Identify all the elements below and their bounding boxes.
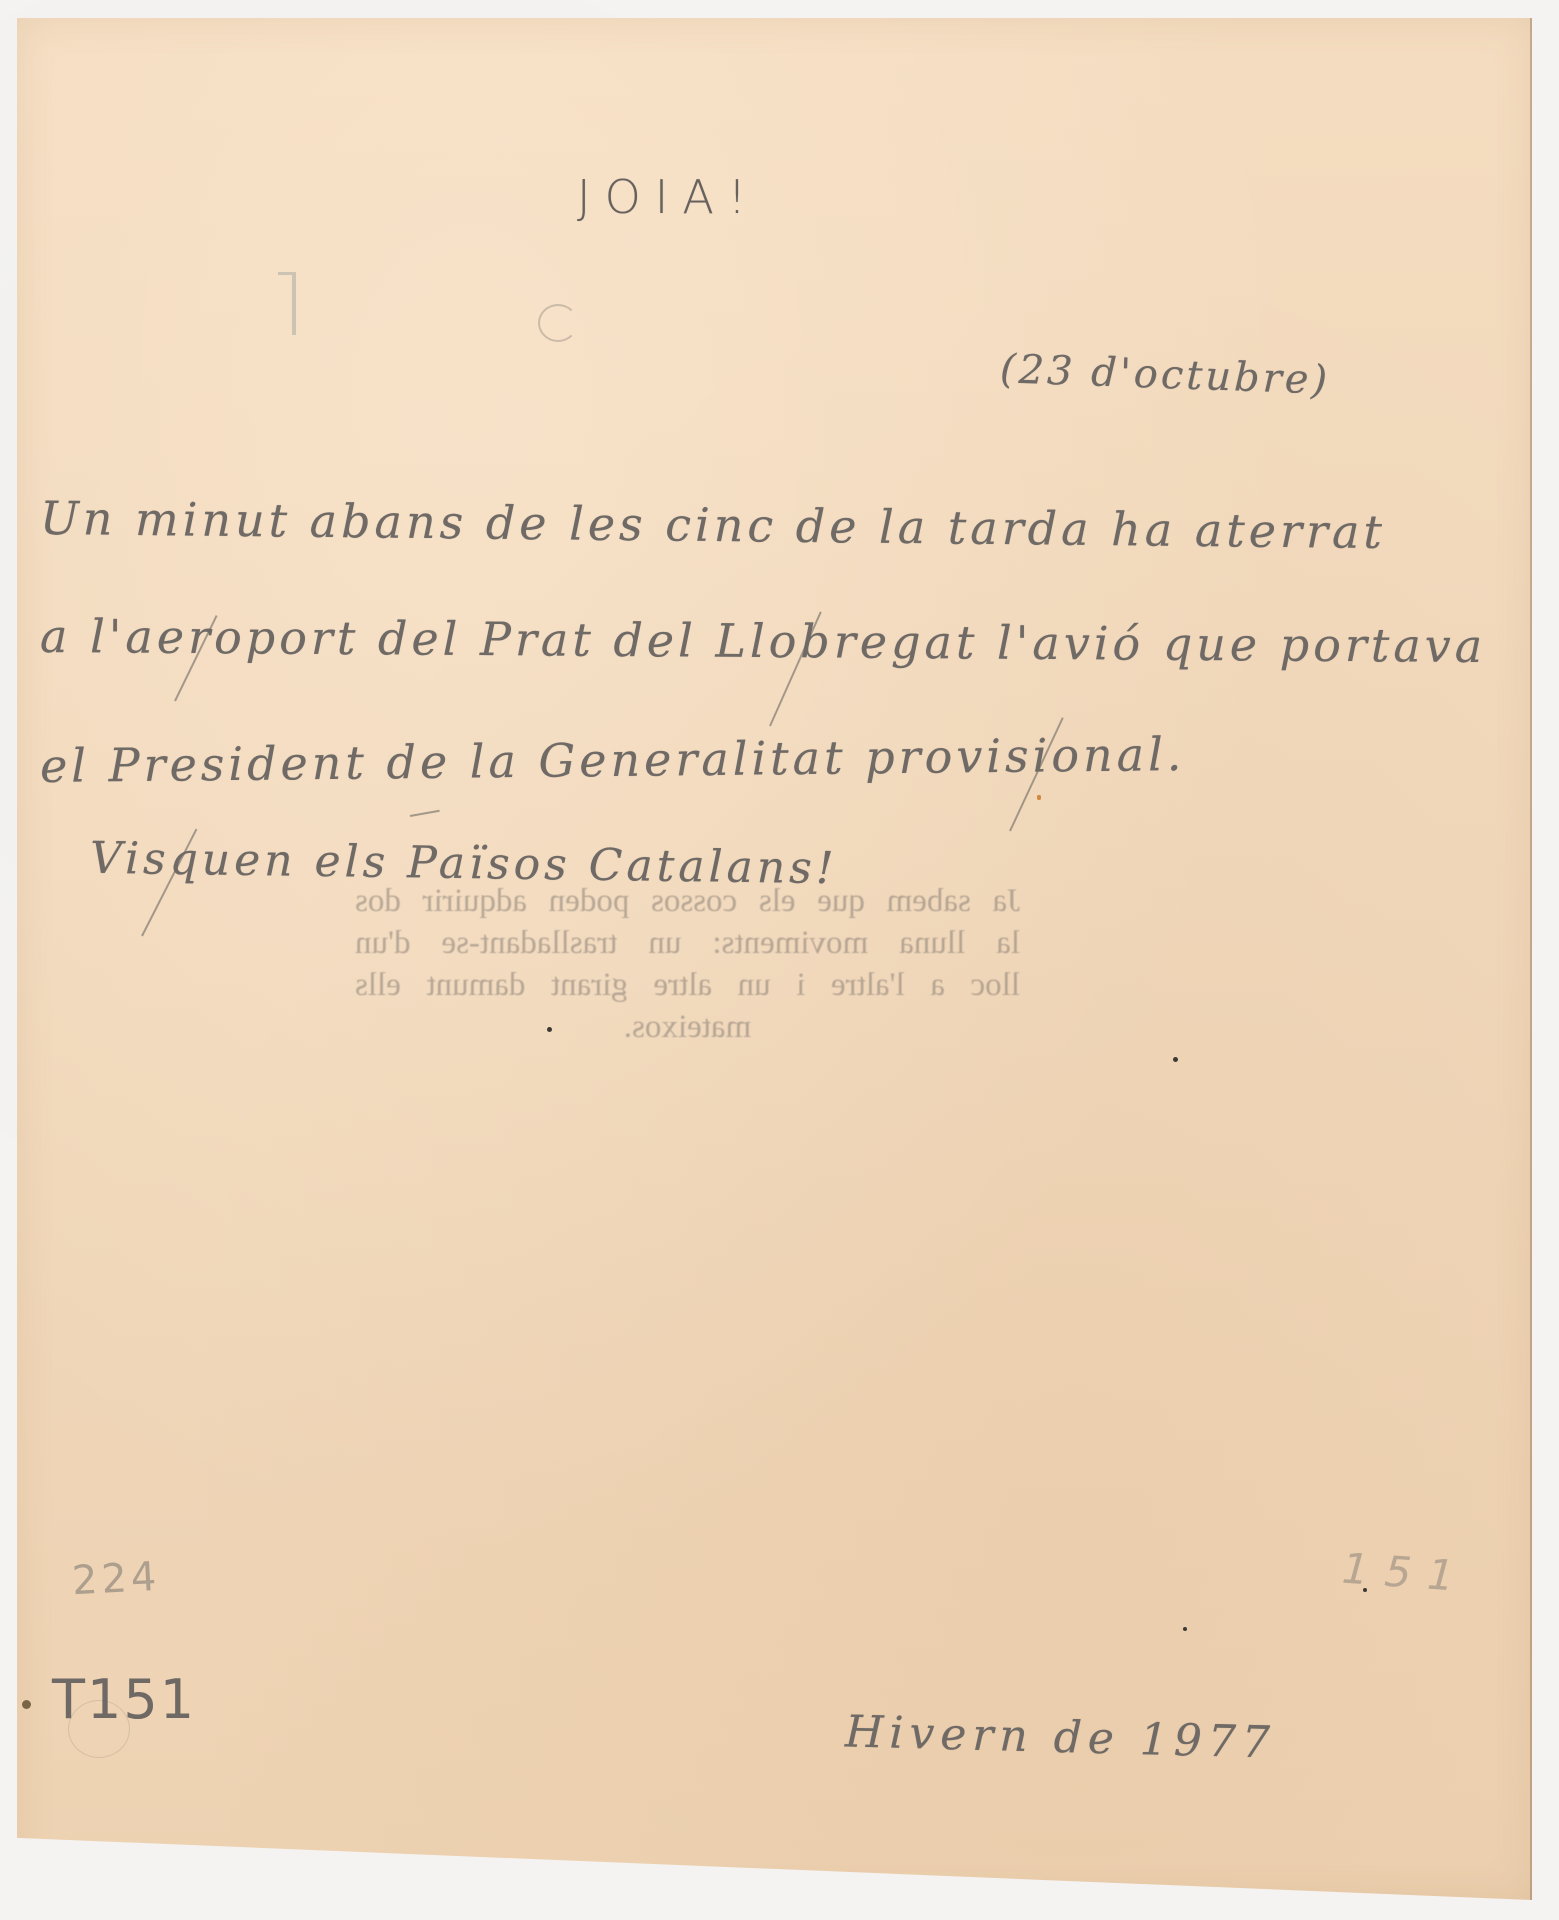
bleed-line: lloc a l'altre i un altre girant damunt …: [355, 964, 1020, 1006]
body-line-exclamation: Visquen els Països Catalans!: [90, 833, 838, 894]
bleed-line: mateixos.: [355, 1006, 1020, 1048]
bleed-line: la lluna moviments: un traslladant-se d'…: [355, 922, 1020, 964]
ink-speck: [547, 1027, 552, 1032]
paper-stain: [22, 1700, 31, 1709]
page-title: JOIA!: [577, 170, 760, 224]
paper-fleck: [1037, 795, 1041, 800]
bleed-through-text: Ja sabem que els cossos poden adquirir d…: [355, 880, 1020, 1048]
archival-number-right: 151: [1340, 1544, 1471, 1602]
archival-code: T151: [52, 1668, 196, 1731]
body-line: a l'aeroport del Prat del Llobregat l'av…: [40, 609, 1487, 673]
ink-speck: [1183, 1627, 1187, 1631]
archival-number-faint: 224: [71, 1554, 162, 1605]
faint-bracket-mark: [278, 272, 296, 335]
ink-speck: [1173, 1057, 1178, 1062]
faint-pencil-mark: [538, 304, 578, 342]
